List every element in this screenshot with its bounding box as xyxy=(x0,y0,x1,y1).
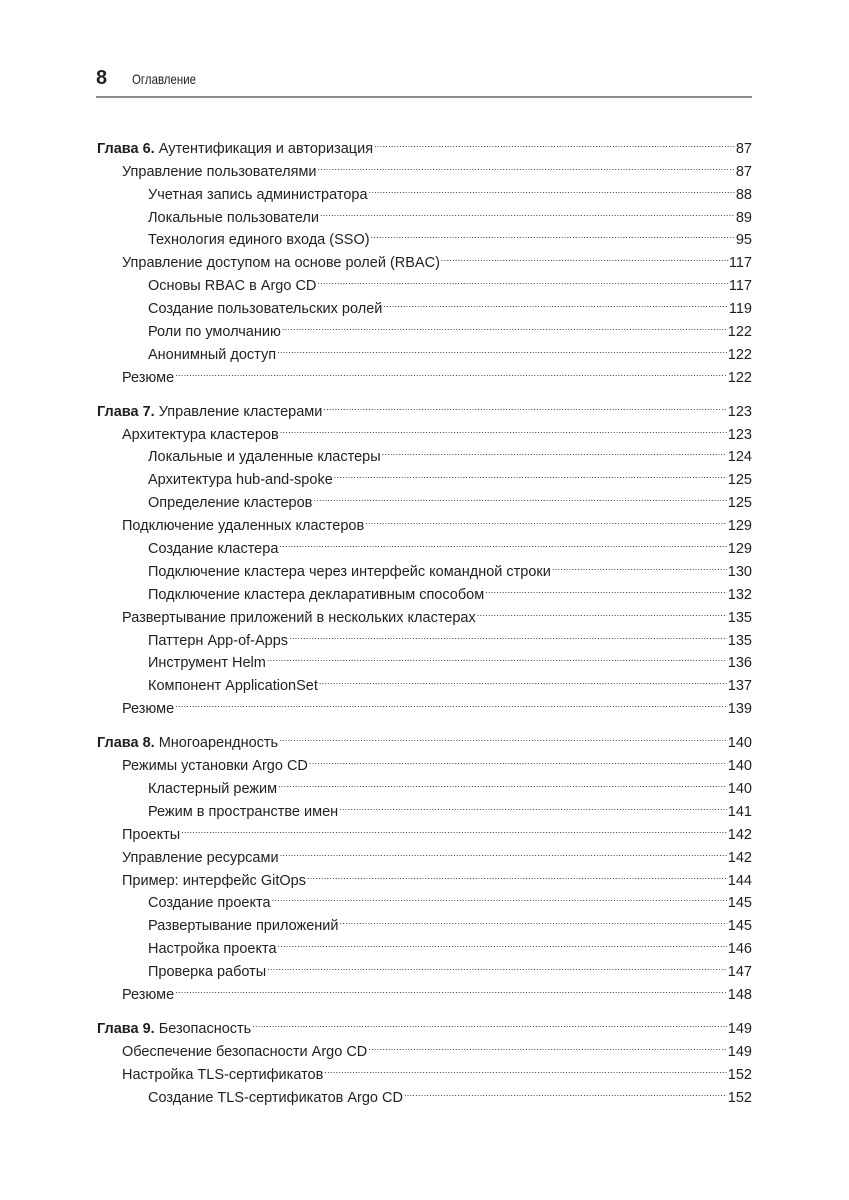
page-ref: 122 xyxy=(728,367,752,390)
page-ref: 136 xyxy=(728,652,752,675)
page-ref: 142 xyxy=(728,847,752,870)
dot-leader xyxy=(339,907,726,930)
dot-leader xyxy=(278,770,727,793)
table-of-contents: Глава 6. Аутентификация и авторизация87У… xyxy=(97,130,752,1113)
dot-leader xyxy=(272,885,727,908)
page-ref: 135 xyxy=(728,607,752,630)
dot-leader xyxy=(383,290,728,313)
dot-leader xyxy=(369,176,735,199)
chapter-name: Многоарендность xyxy=(159,735,278,751)
page-ref: 124 xyxy=(728,446,752,469)
page-ref: 148 xyxy=(728,984,752,1007)
entry-title: Основы RBAC в Argo CD xyxy=(148,275,316,298)
entry-title: Определение кластеров xyxy=(148,492,312,515)
dot-leader xyxy=(371,222,735,245)
toc-chapter-entry[interactable]: Глава 9. Безопасность149 xyxy=(97,1010,752,1033)
chapter-group: Глава 7. Управление кластерами123Архитек… xyxy=(97,393,752,713)
chapter-group: Глава 9. Безопасность149Обеспечение безо… xyxy=(97,1010,752,1102)
dot-leader xyxy=(289,622,727,645)
entry-title: Резюме xyxy=(122,984,174,1007)
toc-section-entry[interactable]: Резюме139 xyxy=(97,690,752,713)
page-ref: 147 xyxy=(728,961,752,984)
entry-title: Подключение кластера декларативным спосо… xyxy=(148,584,484,607)
page-ref: 140 xyxy=(728,732,752,755)
page-ref: 117 xyxy=(729,252,752,275)
dot-leader xyxy=(485,576,727,599)
dot-leader xyxy=(334,461,727,484)
chapter-group: Глава 8. Многоарендность140Режимы устано… xyxy=(97,724,752,999)
chapter-group: Глава 6. Аутентификация и авторизация87У… xyxy=(97,130,752,382)
entry-title: Архитектура кластеров xyxy=(122,424,279,447)
toc-chapter-entry[interactable]: Глава 7. Управление кластерами123 xyxy=(97,393,752,416)
dot-leader xyxy=(278,930,727,953)
page-ref: 122 xyxy=(728,321,752,344)
page-ref: 152 xyxy=(728,1087,752,1110)
page-ref: 145 xyxy=(728,915,752,938)
entry-title: Резюме xyxy=(122,698,174,721)
page-ref: 88 xyxy=(736,184,752,207)
dot-leader xyxy=(323,393,726,416)
dot-leader xyxy=(313,484,726,507)
dot-leader xyxy=(181,816,727,839)
dot-leader xyxy=(319,667,727,690)
page-ref: 137 xyxy=(728,675,752,698)
dot-leader xyxy=(252,1010,727,1033)
dot-leader xyxy=(441,244,728,267)
page-ref: 132 xyxy=(728,584,752,607)
dot-leader xyxy=(279,724,727,747)
page-header: 8 Оглавление xyxy=(96,64,752,98)
dot-leader xyxy=(339,793,727,816)
dot-leader xyxy=(175,690,727,713)
page-ref: 123 xyxy=(728,424,752,447)
dot-leader xyxy=(552,553,727,576)
chapter-title: Глава 8. Многоарендность xyxy=(97,732,278,755)
entry-title: Управление ресурсами xyxy=(122,847,279,870)
toc-section-entry[interactable]: Резюме122 xyxy=(97,359,752,382)
page-ref: 95 xyxy=(736,229,752,252)
page-ref: 125 xyxy=(728,492,752,515)
chapter-name: Безопасность xyxy=(159,1021,252,1037)
dot-leader xyxy=(404,1079,727,1102)
entry-title: Инструмент Helm xyxy=(148,652,266,675)
page-ref: 130 xyxy=(728,561,752,584)
chapter-label: Глава 8. xyxy=(97,735,155,751)
dot-leader xyxy=(267,645,727,668)
entry-title: Управление пользователями xyxy=(122,161,317,184)
dot-leader xyxy=(324,1056,726,1079)
chapter-label: Глава 7. xyxy=(97,404,155,420)
dot-leader xyxy=(309,747,727,770)
page-ref: 142 xyxy=(728,824,752,847)
page-ref: 117 xyxy=(729,275,752,298)
toc-section-entry[interactable]: Резюме148 xyxy=(97,976,752,999)
page-ref: 141 xyxy=(728,801,752,824)
entry-title: Локальные пользователи xyxy=(148,207,319,230)
page-ref: 139 xyxy=(728,698,752,721)
entry-title: Проекты xyxy=(122,824,180,847)
dot-leader xyxy=(318,153,735,176)
page-ref: 146 xyxy=(728,938,752,961)
toc-chapter-entry[interactable]: Глава 8. Многоарендность140 xyxy=(97,724,752,747)
dot-leader xyxy=(277,336,727,359)
chapter-label: Глава 9. xyxy=(97,1021,155,1037)
toc-section-entry[interactable]: Управление ресурсами142 xyxy=(97,839,752,862)
entry-title: Кластерный режим xyxy=(148,778,277,801)
dot-leader xyxy=(267,953,727,976)
dot-leader xyxy=(374,130,735,153)
dot-leader xyxy=(320,199,735,222)
entry-title: Создание проекта xyxy=(148,892,271,915)
page-ref: 129 xyxy=(728,515,752,538)
chapter-label: Глава 6. xyxy=(97,141,155,157)
page-ref: 122 xyxy=(728,344,752,367)
page-ref: 140 xyxy=(728,778,752,801)
page-ref: 149 xyxy=(728,1018,752,1041)
entry-title: Создание кластера xyxy=(148,538,278,561)
page-ref: 87 xyxy=(736,138,752,161)
page-ref: 145 xyxy=(728,892,752,915)
page-ref: 87 xyxy=(736,161,752,184)
dot-leader xyxy=(368,1033,727,1056)
toc-chapter-entry[interactable]: Глава 6. Аутентификация и авторизация87 xyxy=(97,130,752,153)
dot-leader xyxy=(175,976,727,999)
entry-title: Настройка проекта xyxy=(148,938,277,961)
dot-leader xyxy=(282,313,727,336)
dot-leader xyxy=(280,416,727,439)
dot-leader xyxy=(307,862,727,885)
page-ref: 129 xyxy=(728,538,752,561)
dot-leader xyxy=(365,507,727,530)
page-ref: 89 xyxy=(736,207,752,230)
dot-leader xyxy=(175,359,727,382)
page-ref: 144 xyxy=(728,870,752,893)
dot-leader xyxy=(477,599,727,622)
toc-section-entry[interactable]: Проекты142 xyxy=(97,816,752,839)
entry-title: Технология единого входа (SSO) xyxy=(148,229,370,252)
dot-leader xyxy=(280,839,727,862)
entry-title: Создание TLS-сертификатов Argo CD xyxy=(148,1087,403,1110)
page-ref: 125 xyxy=(728,469,752,492)
entry-title: Архитектура hub-and-spoke xyxy=(148,469,333,492)
page-ref: 135 xyxy=(728,630,752,653)
page-ref: 119 xyxy=(729,298,752,321)
dot-leader xyxy=(279,530,726,553)
running-title: Оглавление xyxy=(132,68,196,90)
chapter-title: Глава 9. Безопасность xyxy=(97,1018,251,1041)
page-ref: 152 xyxy=(728,1064,752,1087)
dot-leader xyxy=(382,439,727,462)
entry-title: Настройка TLS-сертификатов xyxy=(122,1064,323,1087)
dot-leader xyxy=(317,267,727,290)
page-number: 8 xyxy=(96,64,107,92)
entry-title: Роли по умолчанию xyxy=(148,321,281,344)
entry-title: Резюме xyxy=(122,367,174,390)
page-ref: 123 xyxy=(728,401,752,424)
page-ref: 149 xyxy=(728,1041,752,1064)
page-ref: 140 xyxy=(728,755,752,778)
